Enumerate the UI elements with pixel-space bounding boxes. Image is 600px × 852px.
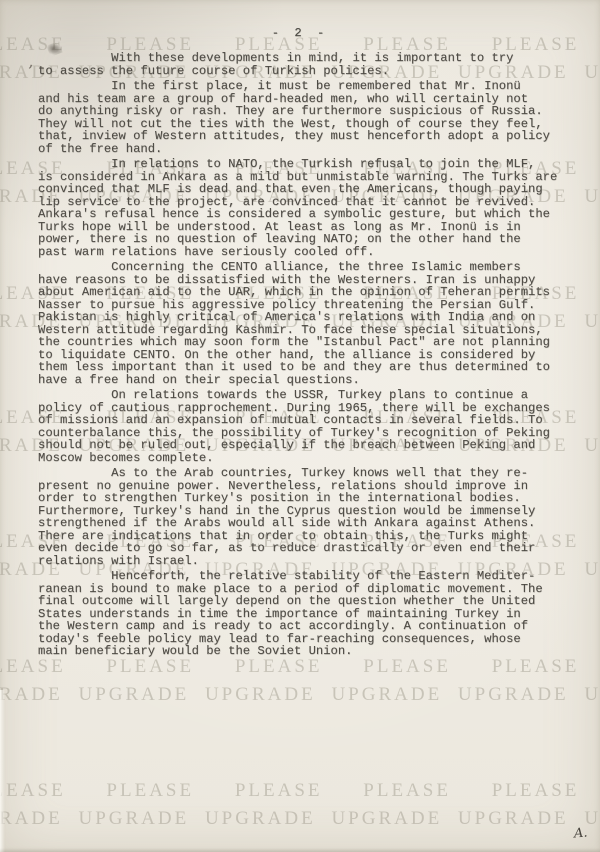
paragraph: In relations to NATO, the Turkish refusa… bbox=[38, 158, 578, 258]
handwritten-initials: A. bbox=[573, 826, 588, 842]
pencil-tick-mark: ’ bbox=[26, 62, 34, 83]
paragraph: As to the Arab countries, Turkey knows w… bbox=[38, 467, 578, 567]
paragraph: On relations towards the USSR, Turkey pl… bbox=[38, 389, 578, 464]
scan-edge-artifact bbox=[0, 690, 5, 852]
watermark-text: UPGRADE UPGRADE UPGRADE UPGRADE UPGRADE … bbox=[0, 808, 600, 830]
paragraph: With these developments in mind, it is i… bbox=[38, 52, 578, 77]
paragraph: Henceforth, the relative stability of th… bbox=[38, 570, 578, 658]
paragraph: Concerning the CENTO alliance, the three… bbox=[38, 261, 578, 386]
watermark-text: PLEASE PLEASE PLEASE PLEASE PLEASE PLEAS… bbox=[0, 780, 600, 802]
document-body: With these developments in mind, it is i… bbox=[38, 52, 578, 661]
watermark-text: UPGRADE UPGRADE UPGRADE UPGRADE UPGRADE … bbox=[0, 684, 600, 706]
paragraph: In the first place, it must be remembere… bbox=[38, 80, 578, 155]
scanned-document-page: PLEASE PLEASE PLEASE PLEASE PLEASE PLEAS… bbox=[0, 0, 600, 852]
scan-edge-artifact bbox=[0, 848, 600, 852]
page-number: - 2 - bbox=[0, 26, 600, 40]
